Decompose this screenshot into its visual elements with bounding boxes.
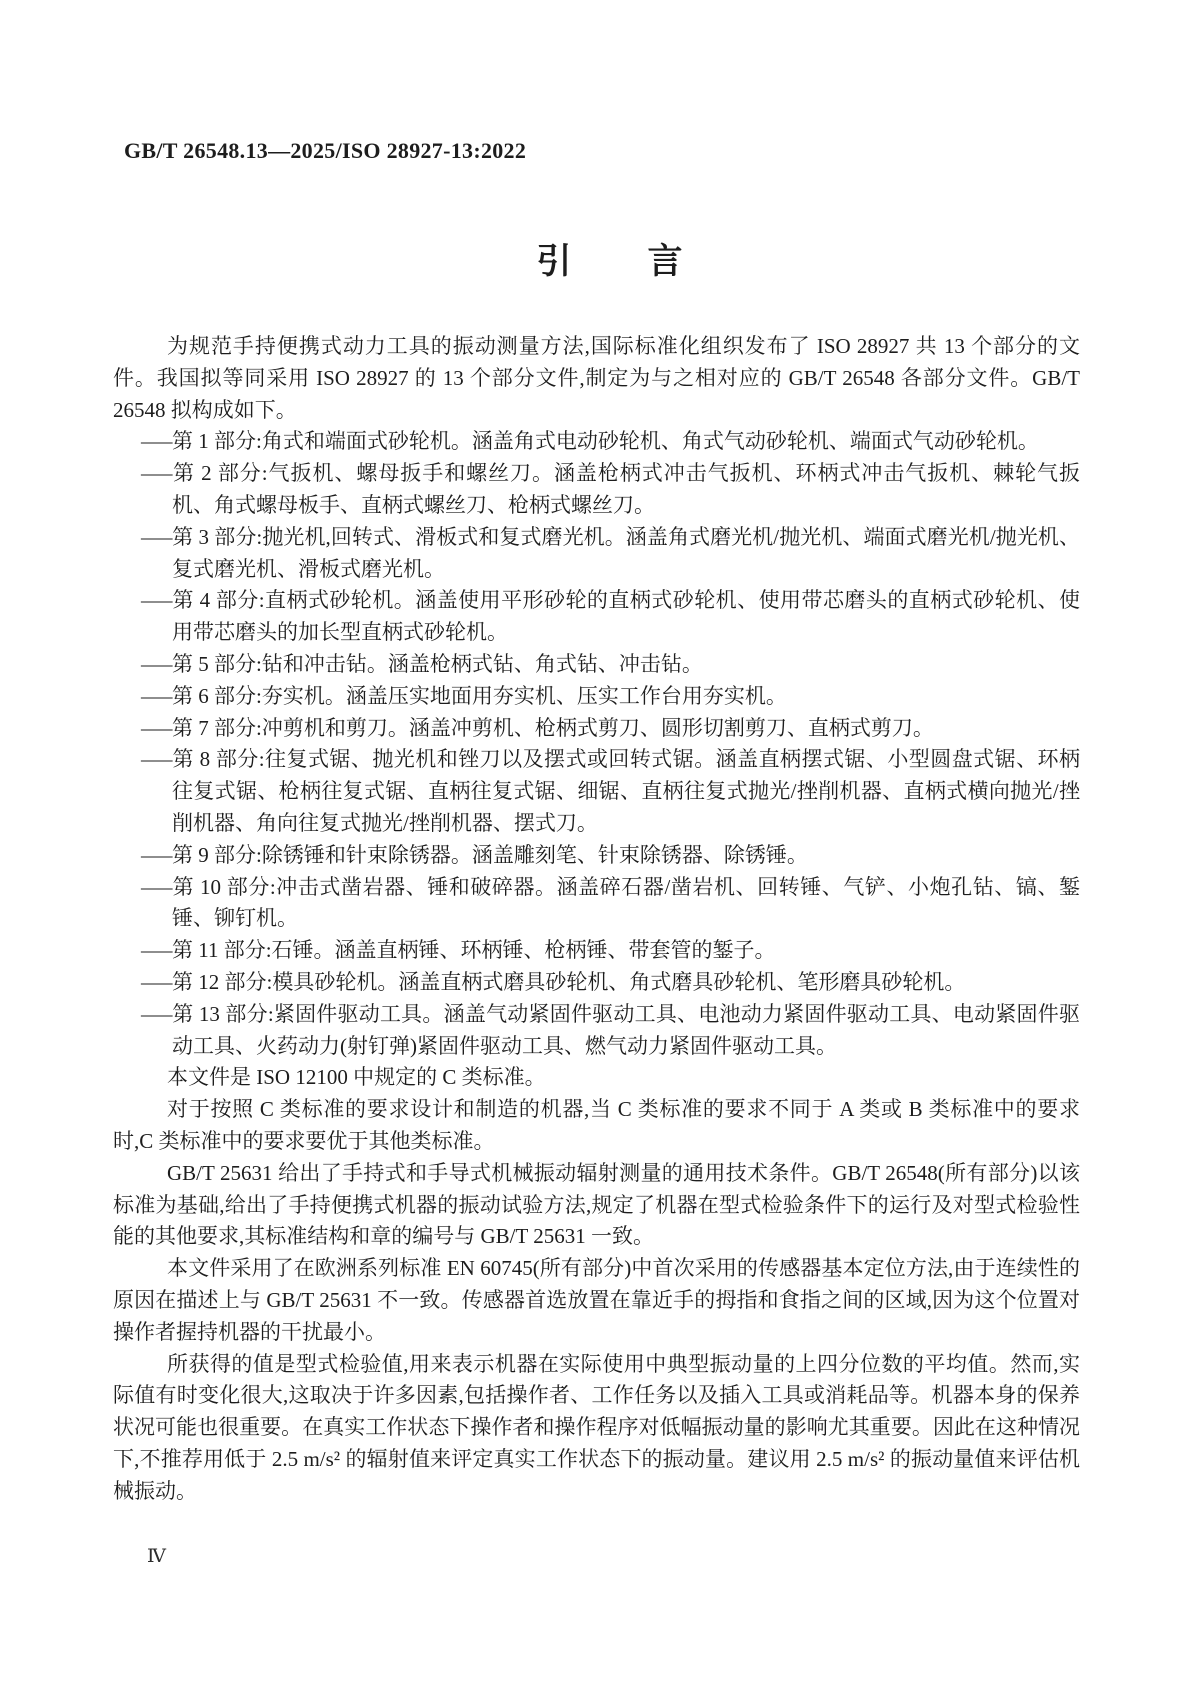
standard-code-header: GB/T 26548.13—2025/ISO 28927-13:2022 — [124, 138, 526, 164]
section-title: 引 言 — [0, 234, 1191, 284]
part-item-text: 第 8 部分:往复式锯、抛光机和锉刀以及摆式或回转式锯。涵盖直柄摆式锯、小型圆盘… — [172, 747, 1080, 835]
part-item: ——第 9 部分:除锈锤和针束除锈器。涵盖雕刻笔、针束除锈器、除锈锤。 — [113, 840, 1080, 872]
part-item: ——第 7 部分:冲剪机和剪刀。涵盖冲剪机、枪柄式剪刀、圆形切割剪刀、直柄式剪刀… — [113, 713, 1080, 745]
em-dash: —— — [141, 967, 172, 999]
part-item-text: 第 6 部分:夯实机。涵盖压实地面用夯实机、压实工作台用夯实机。 — [172, 684, 787, 708]
body-paragraph: 本文件采用了在欧洲系列标准 EN 60745(所有部分)中首次采用的传感器基本定… — [113, 1253, 1080, 1348]
introduction-body: 为规范手持便携式动力工具的振动测量方法,国际标准化组织发布了 ISO 28927… — [113, 331, 1080, 1507]
em-dash: —— — [141, 935, 172, 967]
document-page: GB/T 26548.13—2025/ISO 28927-13:2022 引 言… — [0, 0, 1191, 1685]
part-item: ——第 13 部分:紧固件驱动工具。涵盖气动紧固件驱动工具、电池动力紧固件驱动工… — [113, 999, 1080, 1063]
parts-list: ——第 1 部分:角式和端面式砂轮机。涵盖角式电动砂轮机、角式气动砂轮机、端面式… — [113, 426, 1080, 1062]
part-item: ——第 1 部分:角式和端面式砂轮机。涵盖角式电动砂轮机、角式气动砂轮机、端面式… — [113, 426, 1080, 458]
em-dash: —— — [141, 522, 172, 554]
em-dash: —— — [141, 681, 172, 713]
part-item: ——第 12 部分:模具砂轮机。涵盖直柄式磨具砂轮机、角式磨具砂轮机、笔形磨具砂… — [113, 967, 1080, 999]
part-item: ——第 3 部分:抛光机,回转式、滑板式和复式磨光机。涵盖角式磨光机/抛光机、端… — [113, 522, 1080, 586]
part-item-text: 第 7 部分:冲剪机和剪刀。涵盖冲剪机、枪柄式剪刀、圆形切割剪刀、直柄式剪刀。 — [172, 716, 934, 740]
part-item-text: 第 10 部分:冲击式凿岩器、锤和破碎器。涵盖碎石器/凿岩机、回转锤、气铲、小炮… — [172, 875, 1080, 931]
part-item: ——第 11 部分:石锤。涵盖直柄锤、环柄锤、枪柄锤、带套管的錾子。 — [113, 935, 1080, 967]
part-item-text: 第 11 部分:石锤。涵盖直柄锤、环柄锤、枪柄锤、带套管的錾子。 — [172, 938, 776, 962]
em-dash: —— — [141, 840, 172, 872]
em-dash: —— — [141, 426, 172, 458]
part-item-text: 第 9 部分:除锈锤和针束除锈器。涵盖雕刻笔、针束除锈器、除锈锤。 — [172, 843, 808, 867]
em-dash: —— — [141, 458, 172, 490]
em-dash: —— — [141, 744, 172, 776]
lead-paragraph: 为规范手持便携式动力工具的振动测量方法,国际标准化组织发布了 ISO 28927… — [113, 331, 1080, 426]
part-item: ——第 6 部分:夯实机。涵盖压实地面用夯实机、压实工作台用夯实机。 — [113, 681, 1080, 713]
body-paragraph: GB/T 25631 给出了手持式和手导式机械振动辐射测量的通用技术条件。GB/… — [113, 1158, 1080, 1253]
part-item: ——第 5 部分:钻和冲击钻。涵盖枪柄式钻、角式钻、冲击钻。 — [113, 649, 1080, 681]
part-item-text: 第 3 部分:抛光机,回转式、滑板式和复式磨光机。涵盖角式磨光机/抛光机、端面式… — [172, 525, 1080, 581]
part-item-text: 第 1 部分:角式和端面式砂轮机。涵盖角式电动砂轮机、角式气动砂轮机、端面式气动… — [172, 429, 1039, 453]
part-item-text: 第 2 部分:气扳机、螺母扳手和螺丝刀。涵盖枪柄式冲击气扳机、环柄式冲击气扳机、… — [172, 461, 1080, 517]
em-dash: —— — [141, 999, 172, 1031]
em-dash: —— — [141, 872, 172, 904]
body-paragraph: 所获得的值是型式检验值,用来表示机器在实际使用中典型振动量的上四分位数的平均值。… — [113, 1349, 1080, 1508]
em-dash: —— — [141, 713, 172, 745]
em-dash: —— — [141, 585, 172, 617]
part-item: ——第 4 部分:直柄式砂轮机。涵盖使用平形砂轮的直柄式砂轮机、使用带芯磨头的直… — [113, 585, 1080, 649]
part-item-text: 第 4 部分:直柄式砂轮机。涵盖使用平形砂轮的直柄式砂轮机、使用带芯磨头的直柄式… — [172, 588, 1080, 644]
body-paragraph: 本文件是 ISO 12100 中规定的 C 类标准。 — [113, 1062, 1080, 1094]
part-item-text: 第 13 部分:紧固件驱动工具。涵盖气动紧固件驱动工具、电池动力紧固件驱动工具、… — [172, 1002, 1080, 1058]
part-item: ——第 10 部分:冲击式凿岩器、锤和破碎器。涵盖碎石器/凿岩机、回转锤、气铲、… — [113, 872, 1080, 936]
part-item: ——第 8 部分:往复式锯、抛光机和锉刀以及摆式或回转式锯。涵盖直柄摆式锯、小型… — [113, 744, 1080, 839]
body-paragraph: 对于按照 C 类标准的要求设计和制造的机器,当 C 类标准的要求不同于 A 类或… — [113, 1094, 1080, 1158]
page-number: Ⅳ — [147, 1545, 166, 1568]
part-item: ——第 2 部分:气扳机、螺母扳手和螺丝刀。涵盖枪柄式冲击气扳机、环柄式冲击气扳… — [113, 458, 1080, 522]
em-dash: —— — [141, 649, 172, 681]
part-item-text: 第 5 部分:钻和冲击钻。涵盖枪柄式钻、角式钻、冲击钻。 — [172, 652, 703, 676]
part-item-text: 第 12 部分:模具砂轮机。涵盖直柄式磨具砂轮机、角式磨具砂轮机、笔形磨具砂轮机… — [172, 970, 965, 994]
